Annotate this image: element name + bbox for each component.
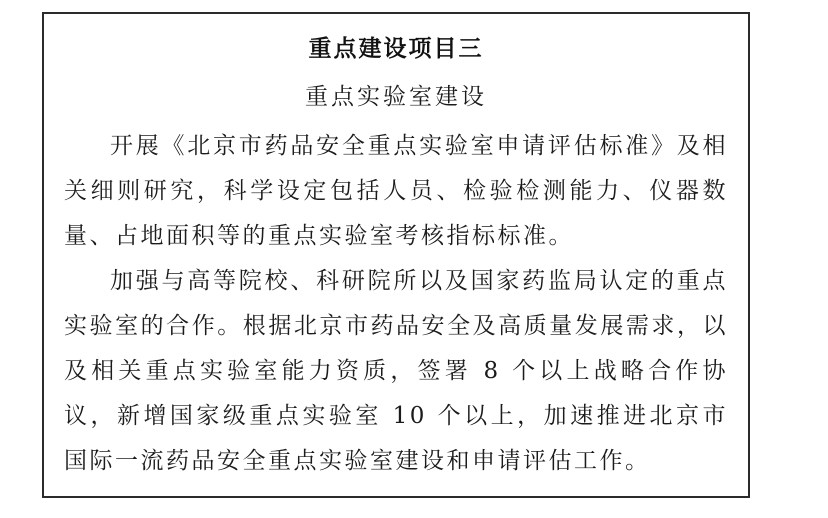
document-page: 重点建设项目三 重点实验室建设 开展《北京市药品安全重点实验室申请评估标准》及相… — [0, 0, 828, 518]
paragraph-assessment-standards: 开展《北京市药品安全重点实验室申请评估标准》及相关细则研究，科学设定包括人员、检… — [64, 124, 728, 259]
document-frame: 重点建设项目三 重点实验室建设 开展《北京市药品安全重点实验室申请评估标准》及相… — [42, 12, 750, 498]
document-subtitle: 重点实验室建设 — [64, 72, 728, 122]
document-body: 开展《北京市药品安全重点实验室申请评估标准》及相关细则研究，科学设定包括人员、检… — [64, 124, 728, 484]
document-title: 重点建设项目三 — [64, 26, 728, 72]
paragraph-cooperation-goals: 加强与高等院校、科研院所以及国家药监局认定的重点实验室的合作。根据北京市药品安全… — [64, 259, 728, 484]
